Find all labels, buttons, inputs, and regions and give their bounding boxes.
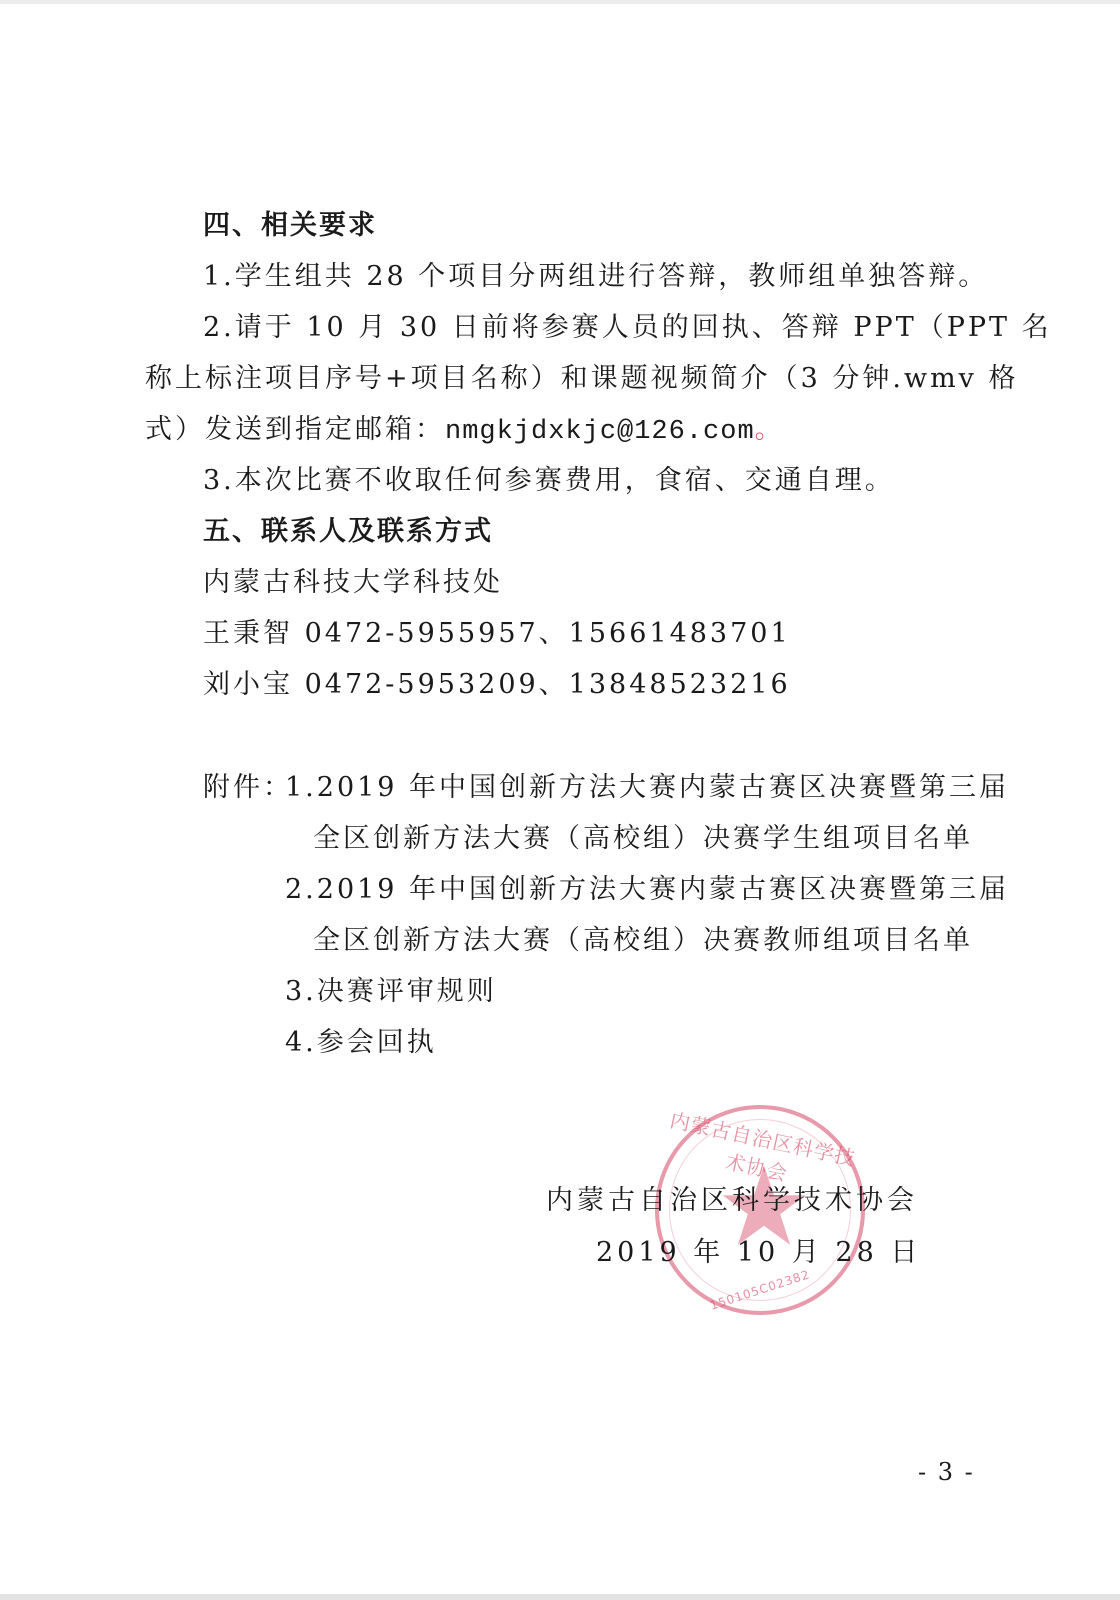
contact-phones: 0472-5955957、15661483701	[305, 618, 791, 649]
section-4-heading: 四、相关要求	[203, 208, 377, 244]
contact-name: 刘小宝	[203, 669, 293, 700]
requirement-item-2-line-1: 2.请于 10 月 30 日前将参赛人员的回执、答辩 PPT（PPT 名	[203, 310, 1052, 346]
requirement-item-2-line-3: 式）发送到指定邮箱：nmgkjdxkjc@126.com。	[145, 412, 785, 450]
requirement-item-1: 1.学生组共 28 个项目分两组进行答辩，教师组单独答辩。	[203, 259, 988, 295]
attachment-2-line-1: 2.2019 年中国创新方法大赛内蒙古赛区决赛暨第三届	[285, 872, 1009, 908]
email-period: 。	[755, 414, 785, 445]
attachment-1-line-2: 全区创新方法大赛（高校组）决赛学生组项目名单	[313, 821, 973, 857]
attachments-label: 附件：	[203, 770, 293, 806]
signature-date: 2019 年 10 月 28 日	[596, 1230, 921, 1269]
attachment-2-line-2: 全区创新方法大赛（高校组）决赛教师组项目名单	[313, 923, 973, 959]
contact-row: 刘小宝 0472-5953209、13848523216	[203, 667, 791, 703]
email-prefix: 式）发送到指定邮箱：	[145, 414, 445, 445]
contact-row: 王秉智 0472-5955957、15661483701	[203, 616, 791, 652]
requirement-item-3: 3.本次比赛不收取任何参赛费用，食宿、交通自理。	[203, 463, 895, 499]
contact-name: 王秉智	[203, 618, 293, 649]
section-5-heading: 五、联系人及联系方式	[203, 514, 493, 550]
document-page: 四、相关要求 1.学生组共 28 个项目分两组进行答辩，教师组单独答辩。 2.请…	[0, 0, 1120, 1600]
attachment-3: 3.决赛评审规则	[285, 974, 497, 1010]
requirement-item-2-line-2: 称上标注项目序号+项目名称）和课题视频简介（3 分钟.wmv 格	[145, 361, 1019, 397]
signature-organization: 内蒙古自治区科学技术协会	[546, 1178, 918, 1217]
attachment-4: 4.参会回执	[285, 1025, 437, 1061]
page-number: - 3 -	[918, 1458, 975, 1486]
attachment-1-line-1: 1.2019 年中国创新方法大赛内蒙古赛区决赛暨第三届	[285, 770, 1009, 806]
contact-phones: 0472-5953209、13848523216	[305, 669, 791, 700]
scan-top-edge	[0, 0, 1120, 4]
contact-organization: 内蒙古科技大学科技处	[203, 565, 503, 601]
scan-bottom-edge	[0, 1594, 1120, 1600]
email-address[interactable]: nmgkjdxkjc@126.com	[445, 417, 755, 447]
